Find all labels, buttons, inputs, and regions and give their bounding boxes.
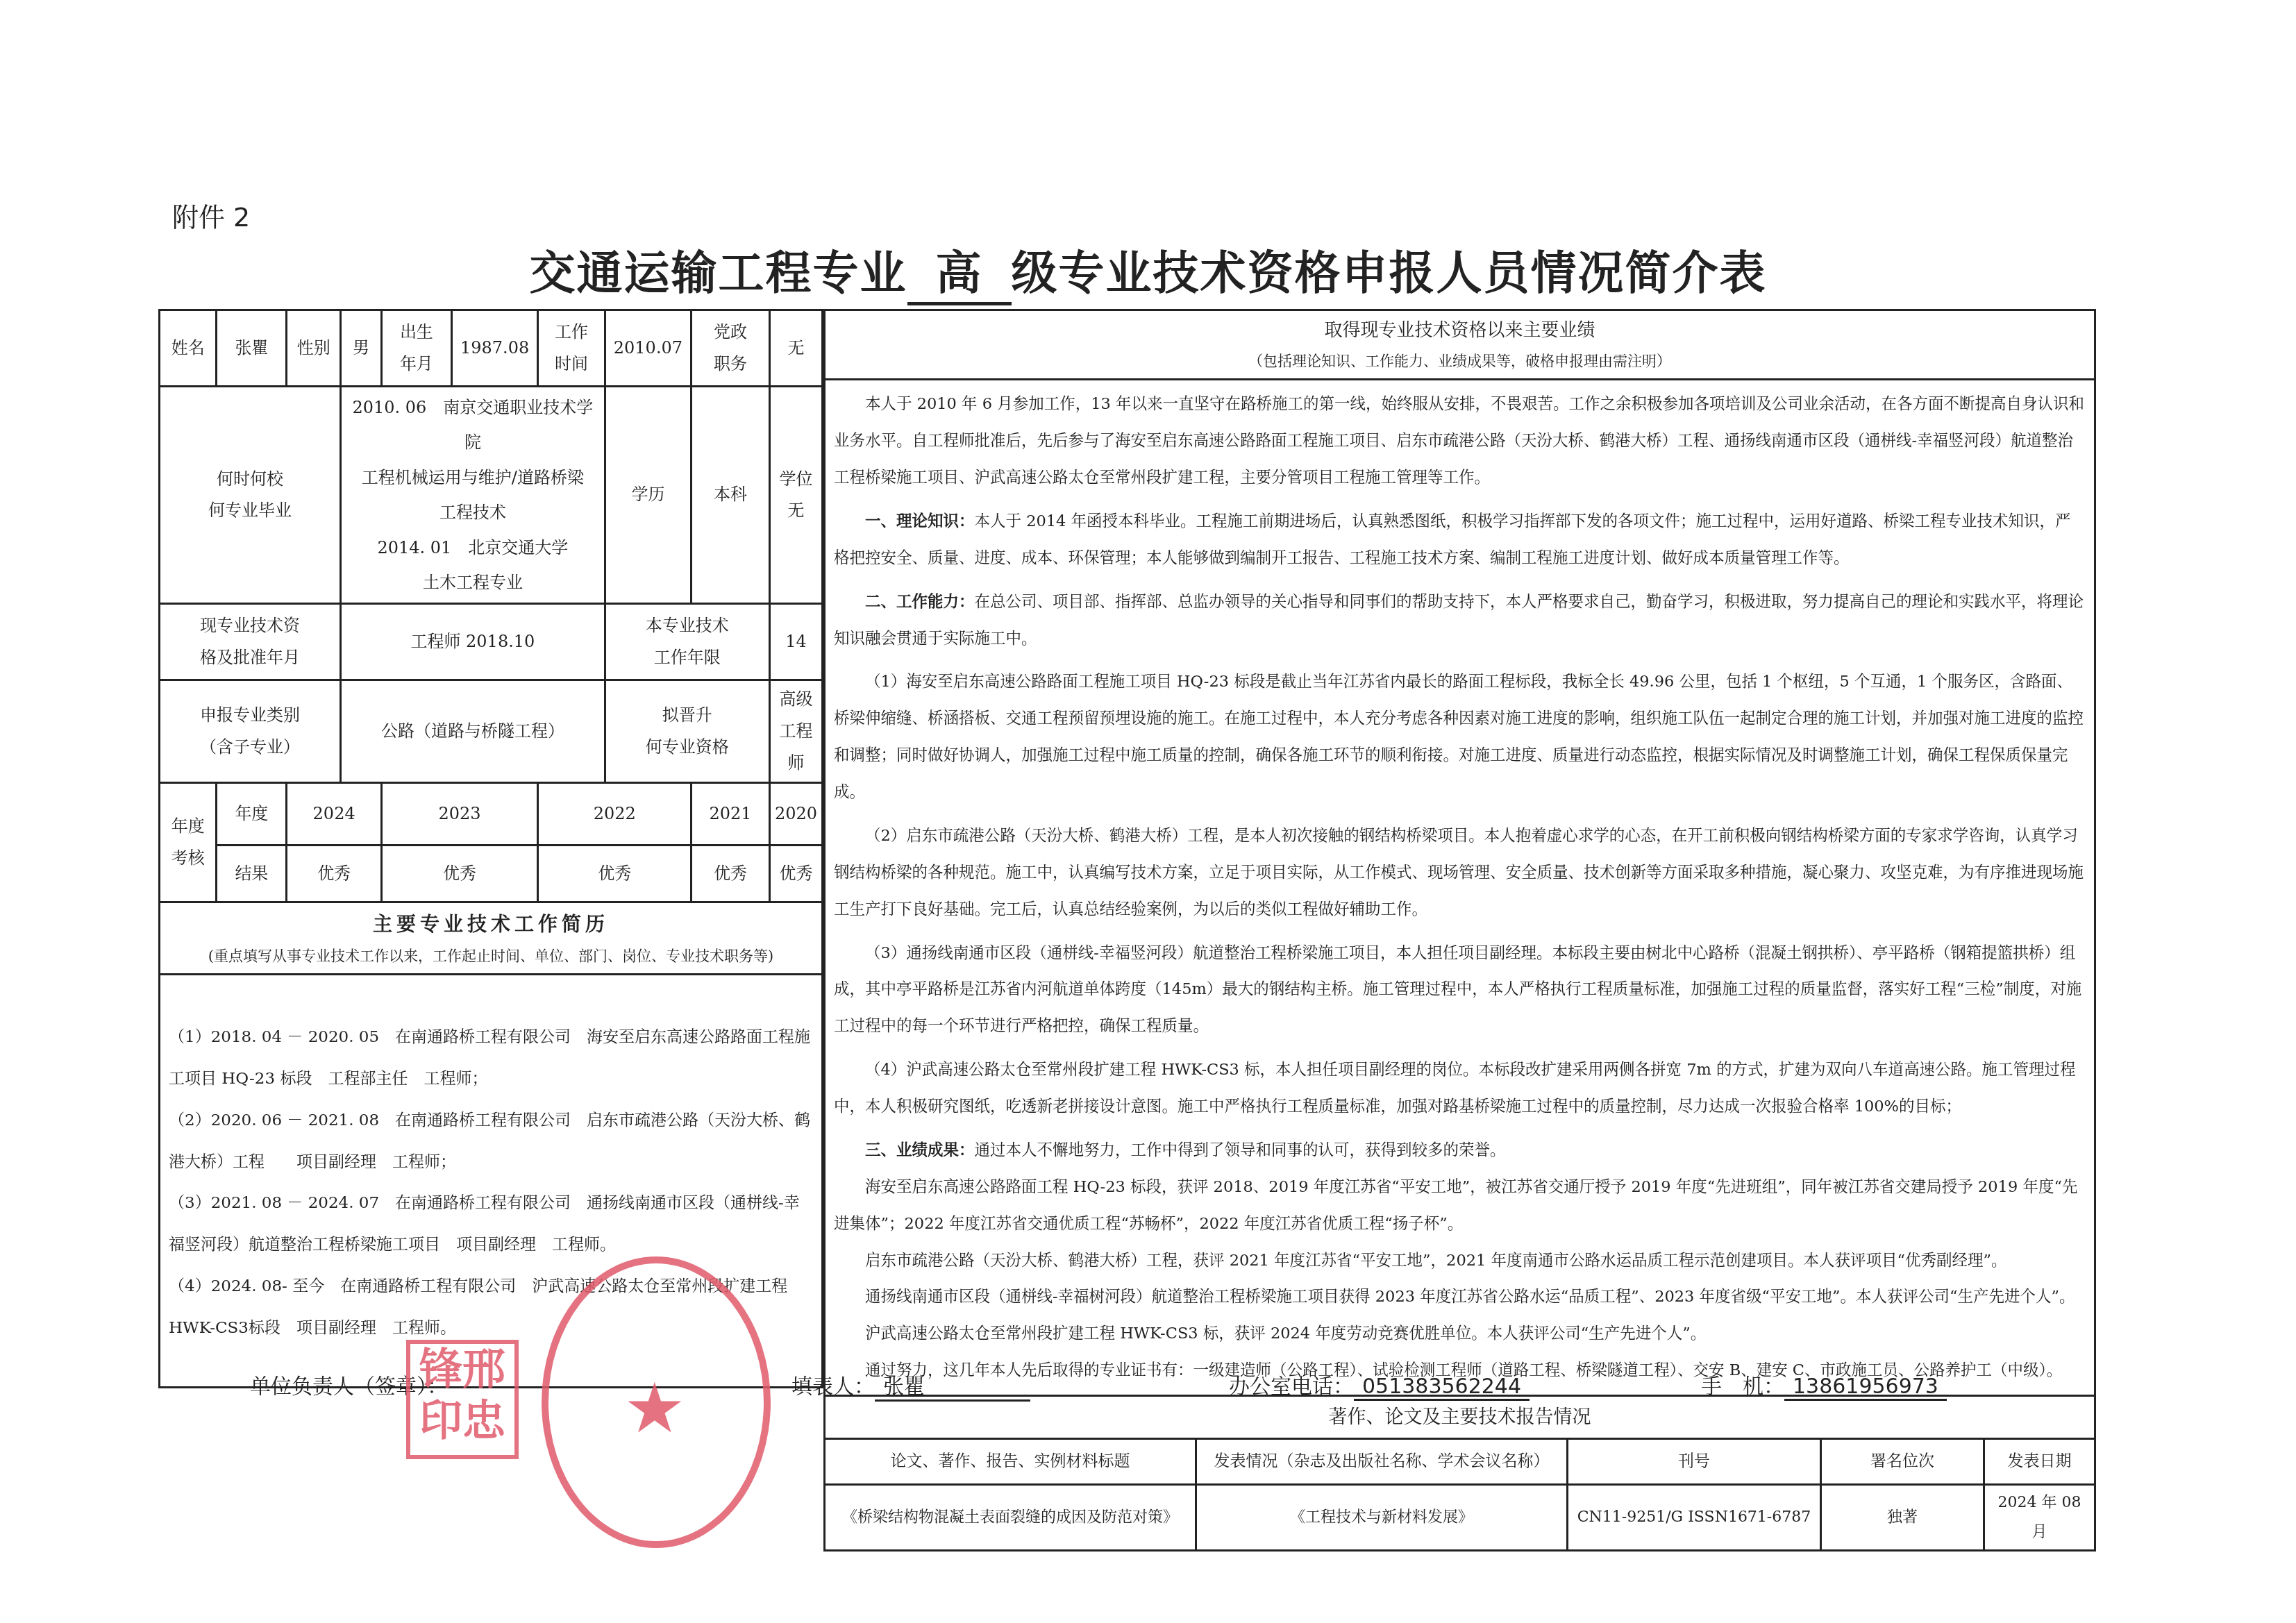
project-item: （1）海安至启东高速公路路面工程施工项目 HQ-23 标段是截止当年江苏省内最长… bbox=[834, 664, 2086, 811]
assessment-result: 优秀 bbox=[769, 846, 822, 902]
ability-heading: 二、工作能力： bbox=[865, 593, 975, 611]
performance-note: （包括理论知识、工作能力、业绩成果等，破格申报理由需注明） bbox=[830, 348, 2090, 376]
party-post-value: 无 bbox=[769, 310, 822, 387]
project-item: （4）沪武高速公路太仓至常州段扩建工程 HWK-CS3 标，本人担任项目副经理的… bbox=[834, 1052, 2086, 1125]
work-start-value: 2010.07 bbox=[605, 310, 691, 387]
assessment-result: 优秀 bbox=[287, 846, 381, 902]
birth-value: 1987.08 bbox=[451, 310, 537, 387]
assessment-year: 2020 bbox=[769, 783, 822, 846]
title-suffix: 级专业技术资格申报人员情况简介表 bbox=[1012, 246, 1767, 300]
assessment-result: 优秀 bbox=[538, 846, 692, 902]
pub-col-order: 署名位次 bbox=[1821, 1439, 1984, 1485]
resume-header: 主要专业技术工作简历 (重点填写从事专业技术工作以来，工作起止时间、单位、部门、… bbox=[160, 902, 823, 975]
project-item: （2）启东市疏港公路（天汾大桥、鹤港大桥）工程，是本人初次接触的钢结构桥梁项目。… bbox=[834, 818, 2086, 928]
work-start-label: 工作时间 bbox=[538, 310, 605, 387]
publications-title: 著作、论文及主要技术报告情况 bbox=[825, 1396, 2095, 1439]
title-label: 学位 无 bbox=[769, 387, 822, 604]
pub-venue: 《工程技术与新材料发展》 bbox=[1196, 1485, 1568, 1551]
assessment-result: 优秀 bbox=[692, 846, 770, 902]
theory-heading: 一、理论知识： bbox=[865, 512, 975, 530]
qualification-label: 现专业技术资格及批准年月 bbox=[160, 604, 341, 680]
name-value: 张瞿 bbox=[217, 310, 287, 387]
office-phone-value: 051383562244 bbox=[1354, 1374, 1530, 1401]
gender-value: 男 bbox=[341, 310, 382, 387]
filler-value: 张瞿 bbox=[875, 1369, 1030, 1402]
name-label: 姓名 bbox=[160, 310, 217, 387]
pub-col-title: 论文、著作、报告、实例材料标题 bbox=[825, 1439, 1196, 1485]
gender-label: 性别 bbox=[287, 310, 341, 387]
pub-date: 2024 年 08 月 bbox=[1984, 1485, 2095, 1551]
party-post-label: 党政职务 bbox=[692, 310, 770, 387]
ability-text: 在总公司、项目部、指挥部、总监办领导的关心指导和同事们的帮助支持下，本人严格要求… bbox=[834, 593, 2084, 648]
pub-order: 独著 bbox=[1821, 1485, 1984, 1551]
pub-col-issn: 刊号 bbox=[1568, 1439, 1821, 1485]
education-value: 2010. 06 南京交通职业技术学院工程机械运用与维护/道路桥梁工程技术201… bbox=[341, 387, 605, 604]
performance-intro: 本人于 2010 年 6 月参加工作，13 年以来一直坚守在路桥施工的第一线，始… bbox=[834, 386, 2086, 496]
work-years-label: 本专业技术工作年限 bbox=[605, 604, 769, 680]
resume-entry: （3）2021. 08 － 2024. 07 在南通路桥工程有限公司 通扬线南通… bbox=[169, 1183, 813, 1266]
basic-info-table: 姓名 张瞿 性别 男 出生年月 1987.08 工作时间 2010.07 党政职… bbox=[158, 309, 823, 1388]
results-heading: 三、业绩成果： bbox=[865, 1141, 975, 1159]
project-item: （3）通扬线南通市区段（通栟线-幸福竖河段）航道整治工程桥梁施工项目，本人担任项… bbox=[834, 935, 2086, 1045]
performance-title: 取得现专业技术资格以来主要业绩 bbox=[830, 314, 2090, 348]
honor-item: 启东市疏港公路（天汾大桥、鹤港大桥）工程，获评 2021 年度江苏省“平安工地”… bbox=[834, 1243, 2086, 1279]
office-phone-field: 办公室电话：051383562244 bbox=[1229, 1369, 1530, 1401]
education-label: 何时何校何专业毕业 bbox=[160, 387, 341, 604]
publication-row: 《桥梁结构物混凝土表面裂缝的成因及防范对策》 《工程技术与新材料发展》 CN11… bbox=[825, 1485, 2095, 1551]
assessment-year: 2023 bbox=[381, 783, 538, 846]
resume-title: 主要专业技术工作简历 bbox=[165, 906, 817, 943]
star-icon: ★ bbox=[623, 1368, 686, 1449]
assessment-label: 年度考核 bbox=[160, 783, 217, 902]
performance-body: 本人于 2010 年 6 月参加工作，13 年以来一直坚守在路桥施工的第一线，始… bbox=[825, 380, 2095, 1396]
resume-entry: （1）2018. 04 － 2020. 05 在南通路桥工程有限公司 海安至启东… bbox=[169, 1017, 813, 1100]
qualification-value: 工程师 2018.10 bbox=[341, 604, 605, 680]
publications-header-row: 论文、著作、报告、实例材料标题 发表情况（杂志及出版社名称、学术会议名称） 刊号… bbox=[825, 1439, 2095, 1485]
performance-header: 取得现专业技术资格以来主要业绩 （包括理论知识、工作能力、业绩成果等，破格申报理… bbox=[825, 310, 2095, 380]
results-text: 通过本人不懈地努力，工作中得到了领导和同事的认可，获得到较多的荣誉。 bbox=[975, 1141, 1506, 1159]
honor-item: 海安至启东高速公路路面工程 HQ-23 标段，获评 2018、2019 年度江苏… bbox=[834, 1169, 2086, 1243]
assessment-year-label: 年度 bbox=[217, 783, 287, 846]
company-seal: ★ bbox=[542, 1256, 771, 1548]
theory-text: 本人于 2014 年函授本科毕业。工程施工前期进场后，认真熟悉图纸，积极学习指挥… bbox=[834, 512, 2071, 567]
work-years-value: 14 bbox=[769, 604, 822, 680]
target-label: 拟晋升何专业资格 bbox=[605, 680, 769, 783]
pub-col-venue: 发表情况（杂志及出版社名称、学术会议名称） bbox=[1196, 1439, 1568, 1485]
honor-item: 通扬线南通市区段（通栟线-幸福树河段）航道整治工程桥梁施工项目获得 2023 年… bbox=[834, 1279, 2086, 1315]
birth-label: 出生年月 bbox=[381, 310, 451, 387]
assessment-year: 2021 bbox=[692, 783, 770, 846]
personal-seal: 锋邢印忠 bbox=[406, 1340, 519, 1459]
degree-value: 本科 bbox=[692, 387, 770, 604]
application-value: 公路（道路与桥隧工程） bbox=[341, 680, 605, 783]
pub-title: 《桥梁结构物混凝土表面裂缝的成因及防范对策》 bbox=[825, 1485, 1196, 1551]
assessment-result-label: 结果 bbox=[217, 846, 287, 902]
assessment-year: 2022 bbox=[538, 783, 692, 846]
title-level: 高 bbox=[907, 236, 1012, 305]
title-prefix: 交通运输工程专业 bbox=[530, 246, 907, 300]
assessment-year: 2024 bbox=[287, 783, 381, 846]
target-value: 高级工程师 bbox=[769, 680, 822, 783]
resume-note: (重点填写从事专业技术工作以来，工作起止时间、单位、部门、岗位、专业技术职务等) bbox=[165, 943, 817, 970]
annex-label: 附件 2 bbox=[172, 196, 250, 234]
pub-col-date: 发表日期 bbox=[1984, 1439, 2095, 1485]
mobile-value: 13861956973 bbox=[1784, 1374, 1947, 1401]
resume-entry: （2）2020. 06 － 2021. 08 在南通路桥工程有限公司 启东市疏港… bbox=[169, 1100, 813, 1184]
performance-table: 取得现专业技术资格以来主要业绩 （包括理论知识、工作能力、业绩成果等，破格申报理… bbox=[823, 309, 2096, 1551]
degree-label: 学历 bbox=[605, 387, 691, 604]
application-label: 申报专业类别（含子专业） bbox=[160, 680, 341, 783]
page-title: 交通运输工程专业高级专业技术资格申报人员情况简介表 bbox=[0, 236, 2296, 305]
mobile-field: 手 机：13861956973 bbox=[1701, 1369, 1947, 1401]
filler-field: 填表人：张瞿 bbox=[791, 1369, 1030, 1402]
honor-item: 沪武高速公路太仓至常州段扩建工程 HWK-CS3 标，获评 2024 年度劳动竞… bbox=[834, 1315, 2086, 1352]
assessment-result: 优秀 bbox=[381, 846, 538, 902]
pub-issn: CN11-9251/G ISSN1671-6787 bbox=[1568, 1485, 1821, 1551]
